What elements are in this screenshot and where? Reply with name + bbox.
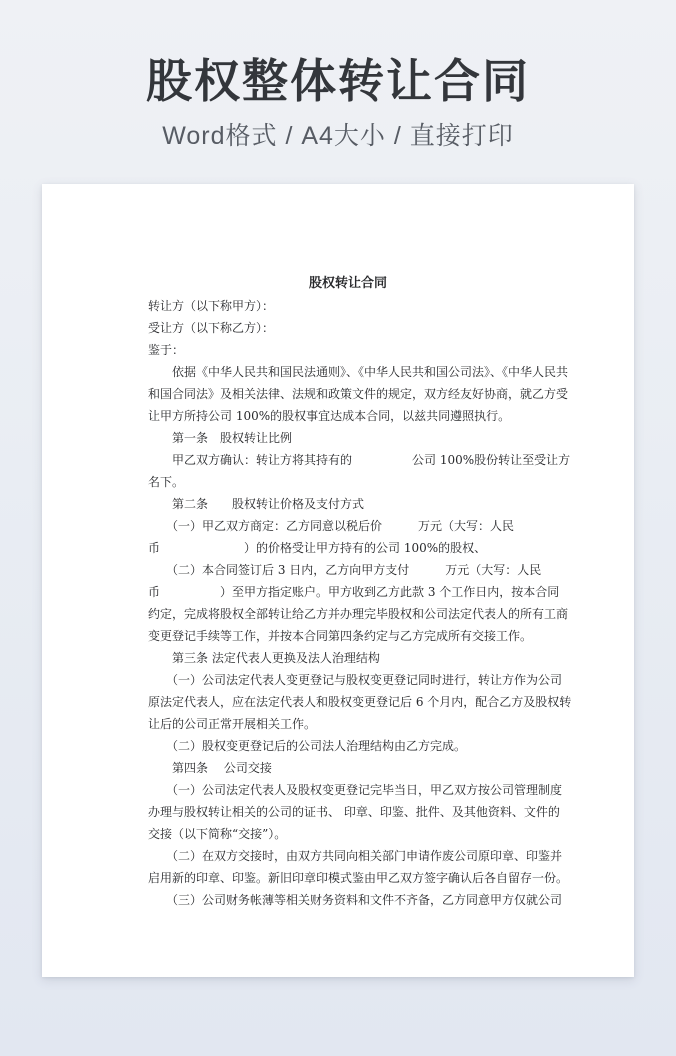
contract-line: 让后的公司正常开展相关工作。	[148, 713, 548, 735]
contract-line: 第二条 股权转让价格及支付方式	[148, 493, 548, 515]
contract-line: 币 ）的价格受让甲方持有的公司 100%的股权、	[148, 537, 548, 559]
contract-line: （一）甲乙双方商定：乙方同意以税后价 万元（大写：人民	[148, 515, 548, 537]
contract-line: 甲乙双方确认：转让方将其持有的 公司 100%股份转让至受让方	[148, 449, 548, 471]
contract-line: 原法定代表人，应在法定代表人和股权变更登记后 6 个月内，配合乙方及股权转	[148, 691, 548, 713]
contract-title: 股权转让合同	[148, 272, 548, 295]
contract-line: 约定，完成将股权全部转让给乙方并办理完毕股权和公司法定代表人的所有工商	[148, 603, 548, 625]
contract-line: 第四条 公司交接	[148, 757, 548, 779]
contract-line: 受让方（以下称乙方）：	[148, 317, 548, 339]
document-preview: 股权转让合同 转让方（以下称甲方）： 受让方（以下称乙方）： 鉴于： 依据《中华…	[42, 184, 634, 977]
contract-line: （二）在双方交接时，由双方共同向相关部门申请作废公司原印章、印鉴并	[148, 845, 548, 867]
contract-line: 第三条 法定代表人更换及法人治理结构	[148, 647, 548, 669]
page-header: 股权整体转让合同 Word格式 / A4大小 / 直接打印	[0, 0, 676, 152]
contract-line: （三）公司财务帐薄等相关财务资料和文件不齐备，乙方同意甲方仅就公司	[148, 889, 548, 911]
contract-line: 交接（以下简称“交接”）。	[148, 823, 548, 845]
contract-line: （一）公司法定代表人变更登记与股权变更登记同时进行，转让方作为公司	[148, 669, 548, 691]
contract-line: 启用新的印章、印鉴。新旧印章印模式鉴由甲乙双方签字确认后各自留存一份。	[148, 867, 548, 889]
contract-line: 币 ）至甲方指定账户。甲方收到乙方此款 3 个工作日内，按本合同	[148, 581, 548, 603]
contract-line: 鉴于：	[148, 339, 548, 361]
contract-line: （二）本合同签订后 3 日内，乙方向甲方支付 万元（大写：人民	[148, 559, 548, 581]
contract-line: 第一条 股权转让比例	[148, 427, 548, 449]
contract-line: 办理与股权转让相关的公司的证书、 印章、印鉴、批件、及其他资料、文件的	[148, 801, 548, 823]
contract-line: 让甲方所持公司 100%的股权事宜达成本合同，以兹共同遵照执行。	[148, 405, 548, 427]
contract-line: 名下。	[148, 471, 548, 493]
contract-line: 变更登记手续等工作，并按本合同第四条约定与乙方完成所有交接工作。	[148, 625, 548, 647]
contract-line: （一）公司法定代表人及股权变更登记完毕当日，甲乙双方按公司管理制度	[148, 779, 548, 801]
contract-line: （二）股权变更登记后的公司法人治理结构由乙方完成。	[148, 735, 548, 757]
contract-line: 依据《中华人民共和国民法通则》、《中华人民共和国公司法》、《中华人民共	[148, 361, 548, 383]
page-title: 股权整体转让合同	[0, 54, 676, 109]
template-preview-page: 股权整体转让合同 Word格式 / A4大小 / 直接打印 股权转让合同 转让方…	[0, 0, 676, 1056]
page-subtitle: Word格式 / A4大小 / 直接打印	[0, 116, 676, 152]
contract-line: 转让方（以下称甲方）：	[148, 295, 548, 317]
contract-body: 股权转让合同 转让方（以下称甲方）： 受让方（以下称乙方）： 鉴于： 依据《中华…	[148, 272, 548, 911]
contract-line: 和国合同法》及相关法律、法规和政策文件的规定，双方经友好协商，就乙方受	[148, 383, 548, 405]
